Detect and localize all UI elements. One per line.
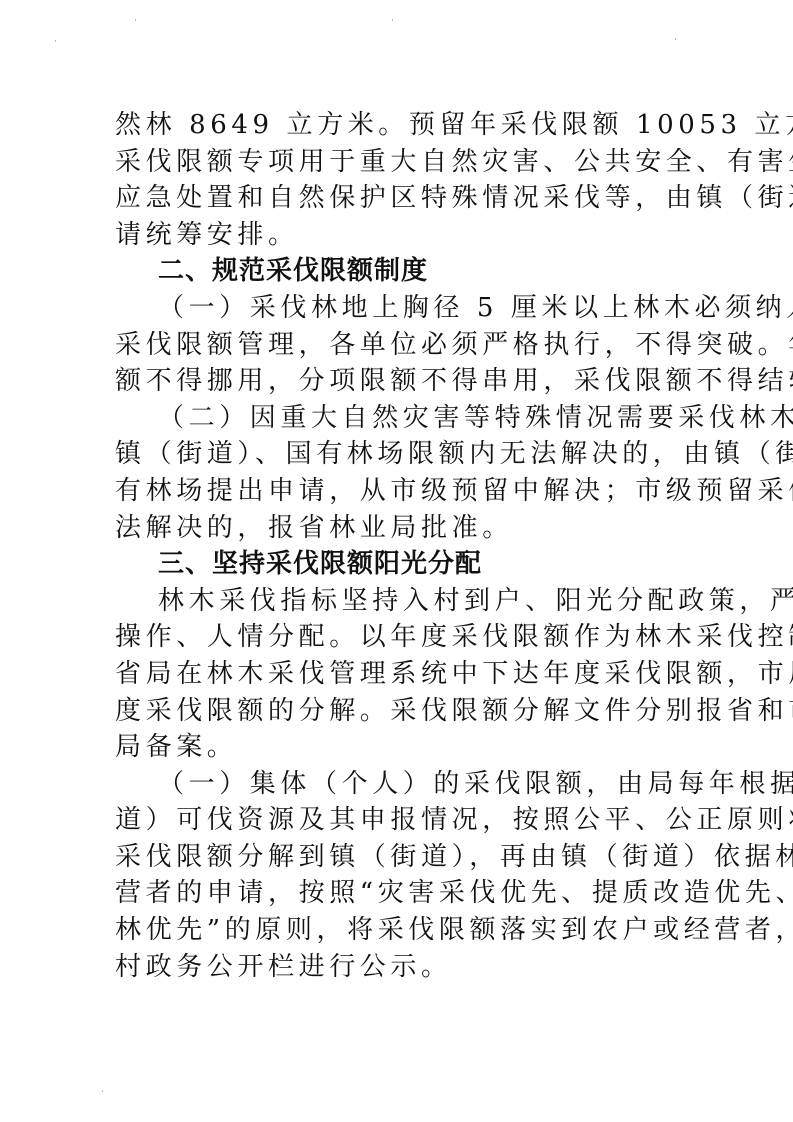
scan-speck xyxy=(55,40,56,42)
text-line: 营者的申请，按照“灾害采伐优先、提质改造优先、成过熟 xyxy=(115,875,663,912)
section-heading-2: 二、规范采伐限额制度 xyxy=(115,253,663,290)
text-line: 然林 8649 立方米。预留年采伐限额 10053 立方米。预留年 xyxy=(115,107,663,144)
heading-text: 二、规范采伐限额制度 xyxy=(115,253,663,290)
text-line: 林木采伐指标坚持入村到户、阳光分配政策，严禁暗箱 xyxy=(115,583,663,620)
paragraph-2-1: （一）采伐林地上胸径 5 厘米以上林木必须纳入年森林 采伐限额管理，各单位必须严… xyxy=(115,290,663,400)
text-line: （一）集体（个人）的采伐限额，由局每年根据各镇（街 xyxy=(115,766,663,803)
text-line: 法解决的，报省林业局批准。 xyxy=(115,510,663,547)
scan-speck xyxy=(392,19,393,21)
text-line: 采伐限额分解到镇（街道），再由镇（街道）依据林农或经 xyxy=(115,839,663,876)
document-page: 然林 8649 立方米。预留年采伐限额 10053 立方米。预留年 采伐限额专项… xyxy=(115,107,663,985)
text-line: 镇（街道）、国有林场限额内无法解决的，由镇（街道）、国 xyxy=(115,436,663,473)
text-line: 道）可伐资源及其申报情况，按照公平、公正原则将年森林 xyxy=(115,802,663,839)
text-line: 林优先”的原则，将采伐限额落实到农户或经营者，并在镇、 xyxy=(115,912,663,949)
text-line: 采伐限额管理，各单位必须严格执行，不得突破。年采伐限 xyxy=(115,327,663,364)
text-line: 有林场提出申请，从市级预留中解决；市级预留采伐限额无 xyxy=(115,473,663,510)
text-line: 采伐限额专项用于重大自然灾害、公共安全、有害生物防治、 xyxy=(115,144,663,181)
text-line: 操作、人情分配。以年度采伐限额作为林木采伐控制指标， xyxy=(115,619,663,656)
text-line: 额不得挪用，分项限额不得串用，采伐限额不得结转使用。 xyxy=(115,363,663,400)
paragraph-2-2: （二）因重大自然灾害等特殊情况需要采伐林木，且本 镇（街道）、国有林场限额内无法… xyxy=(115,400,663,546)
text-line: 村政务公开栏进行公示。 xyxy=(115,949,663,986)
text-line: 局备案。 xyxy=(115,729,663,766)
heading-text: 三、坚持采伐限额阳光分配 xyxy=(115,546,663,583)
text-line: 应急处置和自然保护区特殊情况采伐等，由镇（街道）依申 xyxy=(115,180,663,217)
paragraph-3-1: （一）集体（个人）的采伐限额，由局每年根据各镇（街 道）可伐资源及其申报情况，按… xyxy=(115,766,663,986)
scan-speck xyxy=(102,1090,103,1092)
paragraph-reserved-quota: 然林 8649 立方米。预留年采伐限额 10053 立方米。预留年 采伐限额专项… xyxy=(115,107,663,253)
text-line: 省局在林木采伐管理系统中下达年度采伐限额，市局负责年 xyxy=(115,656,663,693)
text-line: （一）采伐林地上胸径 5 厘米以上林木必须纳入年森林 xyxy=(115,290,663,327)
paragraph-3-intro: 林木采伐指标坚持入村到户、阳光分配政策，严禁暗箱 操作、人情分配。以年度采伐限额… xyxy=(115,583,663,766)
scan-speck xyxy=(135,19,136,21)
section-heading-3: 三、坚持采伐限额阳光分配 xyxy=(115,546,663,583)
text-line: （二）因重大自然灾害等特殊情况需要采伐林木，且本 xyxy=(115,400,663,437)
text-line: 度采伐限额的分解。采伐限额分解文件分别报省和市州林业 xyxy=(115,693,663,730)
text-line: 请统筹安排。 xyxy=(115,217,663,254)
scan-speck xyxy=(675,38,676,40)
